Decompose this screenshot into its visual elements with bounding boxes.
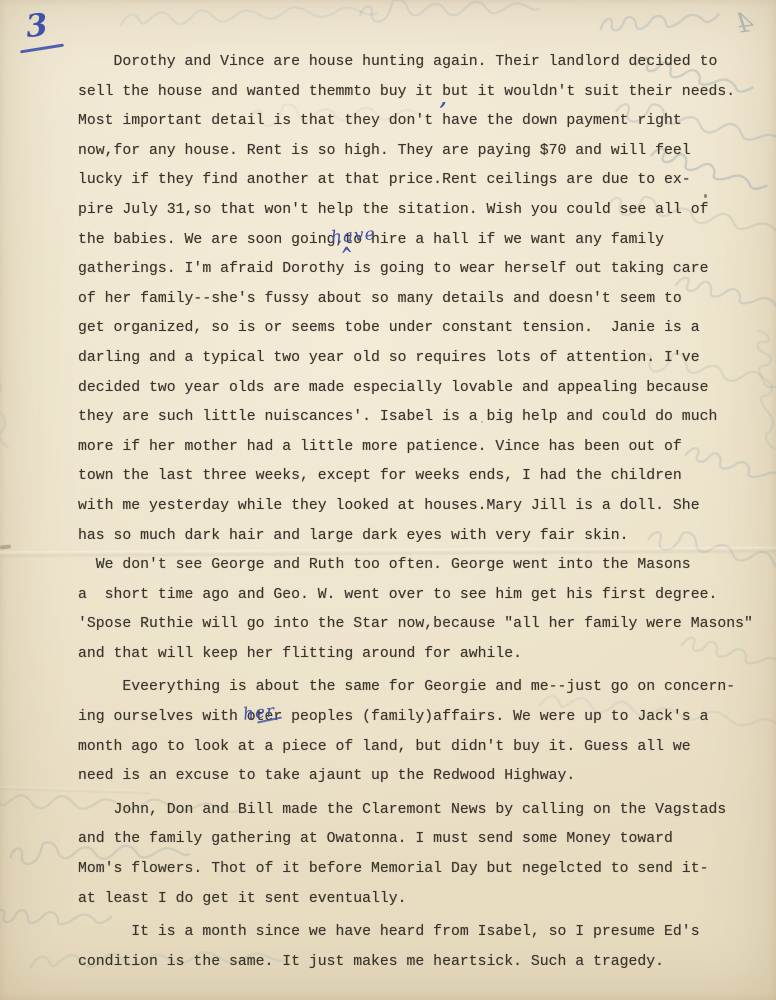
typed-line: ing ourselves with oter peoples (family)… (78, 703, 753, 733)
typed-line: Dorothy and Vince are house hunting agai… (78, 48, 753, 78)
handwritten-page-number: 3 (24, 7, 49, 45)
typed-line: town the last three weeks, except for we… (78, 462, 753, 492)
typed-line: and the family gathering at Owatonna. I … (78, 825, 753, 855)
fold-crease-edge-mark (0, 544, 11, 549)
typed-line: they are such little nuiscances'. Isabel… (78, 403, 753, 433)
typed-line: John, Don and Bill made the Claremont Ne… (78, 796, 753, 826)
typed-line: of her family--she's fussy about so many… (78, 285, 753, 315)
typed-line: get organized, so is or seems tobe under… (78, 314, 753, 344)
typed-line: decided two year olds are made especiall… (78, 374, 753, 404)
typed-line: 'Spose Ruthie will go into the Star now,… (78, 610, 753, 640)
typed-line: now,for any house. Rent is so high. They… (78, 137, 753, 167)
typed-line: gatherings. I'm afraid Dorothy is going … (78, 255, 753, 285)
typed-line: and that will keep her flitting around f… (78, 640, 753, 670)
typed-line: month ago to look at a piece of land, bu… (78, 733, 753, 763)
typed-line: more if her mother had a little more pat… (78, 433, 753, 463)
typed-line: at least I do get it sent eventually. (78, 885, 753, 915)
typed-line: Mom's flowers. Thot of it before Memoria… (78, 855, 753, 885)
typed-line: It is a month since we have heard from I… (78, 918, 753, 948)
typed-line: need is an excuse to take ajaunt up the … (78, 762, 753, 792)
page-number-underline (20, 44, 64, 53)
typed-line: pire July 31,so that won't help the sita… (78, 196, 753, 226)
letter-page: 4 3 Dorothy and Vince are house hunting … (0, 0, 776, 1000)
typed-line: has so much dark hair and large dark eye… (78, 522, 753, 552)
typed-line: darling and a typical two year old so re… (78, 344, 753, 374)
typed-line: condition is the same. It just makes me … (78, 948, 753, 978)
typed-line: Most important detail is that they don't… (78, 107, 753, 137)
typed-line: sell the house and wanted themmto buy it… (78, 78, 753, 108)
typed-line: We don't see George and Ruth too often. … (78, 551, 753, 581)
typed-line: lucky if they find another at that price… (78, 166, 753, 196)
bleed-through-numeral: 4 (734, 7, 755, 40)
typed-line: a short time ago and Geo. W. went over t… (78, 581, 753, 611)
typed-line: the babies. We are soon going,to hire a … (78, 226, 753, 256)
typed-text-body: Dorothy and Vince are house hunting agai… (78, 48, 753, 977)
typed-line: Eveerything is about the same for Georgi… (78, 673, 753, 703)
typed-line: with me yesterday while they looked at h… (78, 492, 753, 522)
